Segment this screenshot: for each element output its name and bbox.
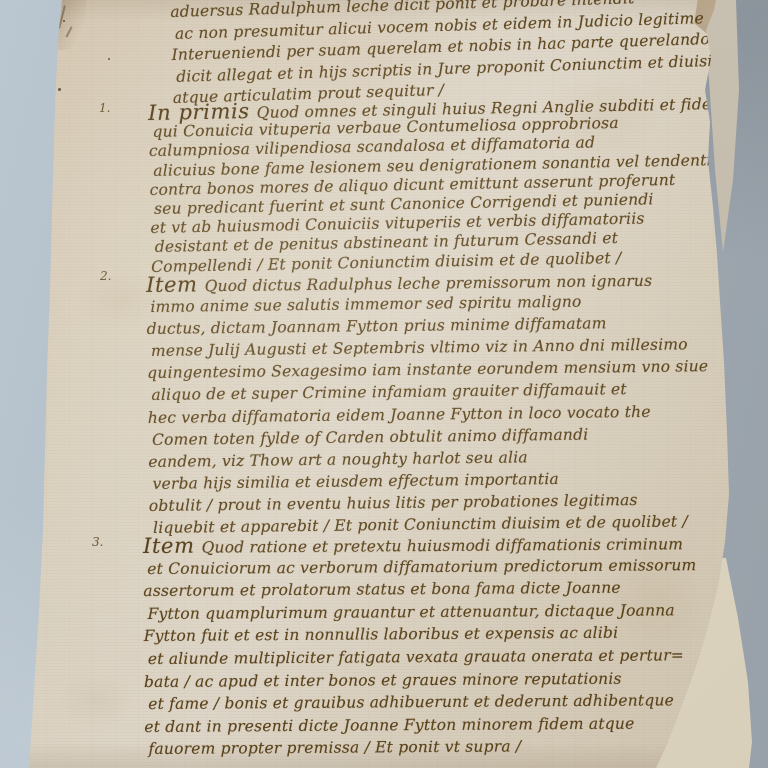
paragraph-lead-word: Item bbox=[146, 272, 198, 297]
manuscript-photo: 1. 2. 3. aduersus Radulphum leche dicit … bbox=[0, 0, 768, 768]
margin-number-2: 2. bbox=[100, 269, 111, 283]
paragraph-first-line-rest: Quod ratione et pretextu huiusmodi diffa… bbox=[202, 535, 684, 556]
margin-number-3: 3. bbox=[92, 535, 103, 549]
paragraph-block-3: ItemQuod ratione et pretextu huiusmodi d… bbox=[143, 531, 698, 761]
margin-number-1: 1. bbox=[99, 101, 110, 115]
paragraph-block-2: ItemQuod dictus Radulphus leche premisso… bbox=[146, 267, 710, 539]
intro-block: aduersus Radulphum leche dicit ponit et … bbox=[170, 0, 728, 109]
manuscript-line: et dant in presenti dicte Joanne Fytton … bbox=[144, 712, 697, 738]
manuscript-page: 1. 2. 3. aduersus Radulphum leche dicit … bbox=[0, 0, 768, 768]
ink-speck bbox=[63, 20, 65, 22]
manuscript-line: et aliunde multipliciter fatigata vexata… bbox=[148, 644, 697, 670]
manuscript-line: ItemQuod ratione et pretextu huiusmodi d… bbox=[143, 531, 696, 557]
paragraph-lead-word: Item bbox=[143, 534, 195, 558]
ink-speck bbox=[58, 88, 61, 91]
ink-speck bbox=[108, 58, 110, 60]
manuscript-line: fauorem propter premissa / Et ponit vt s… bbox=[148, 734, 697, 760]
paragraph-block-1: In primisQuod omnes et singuli huius Reg… bbox=[148, 93, 737, 277]
